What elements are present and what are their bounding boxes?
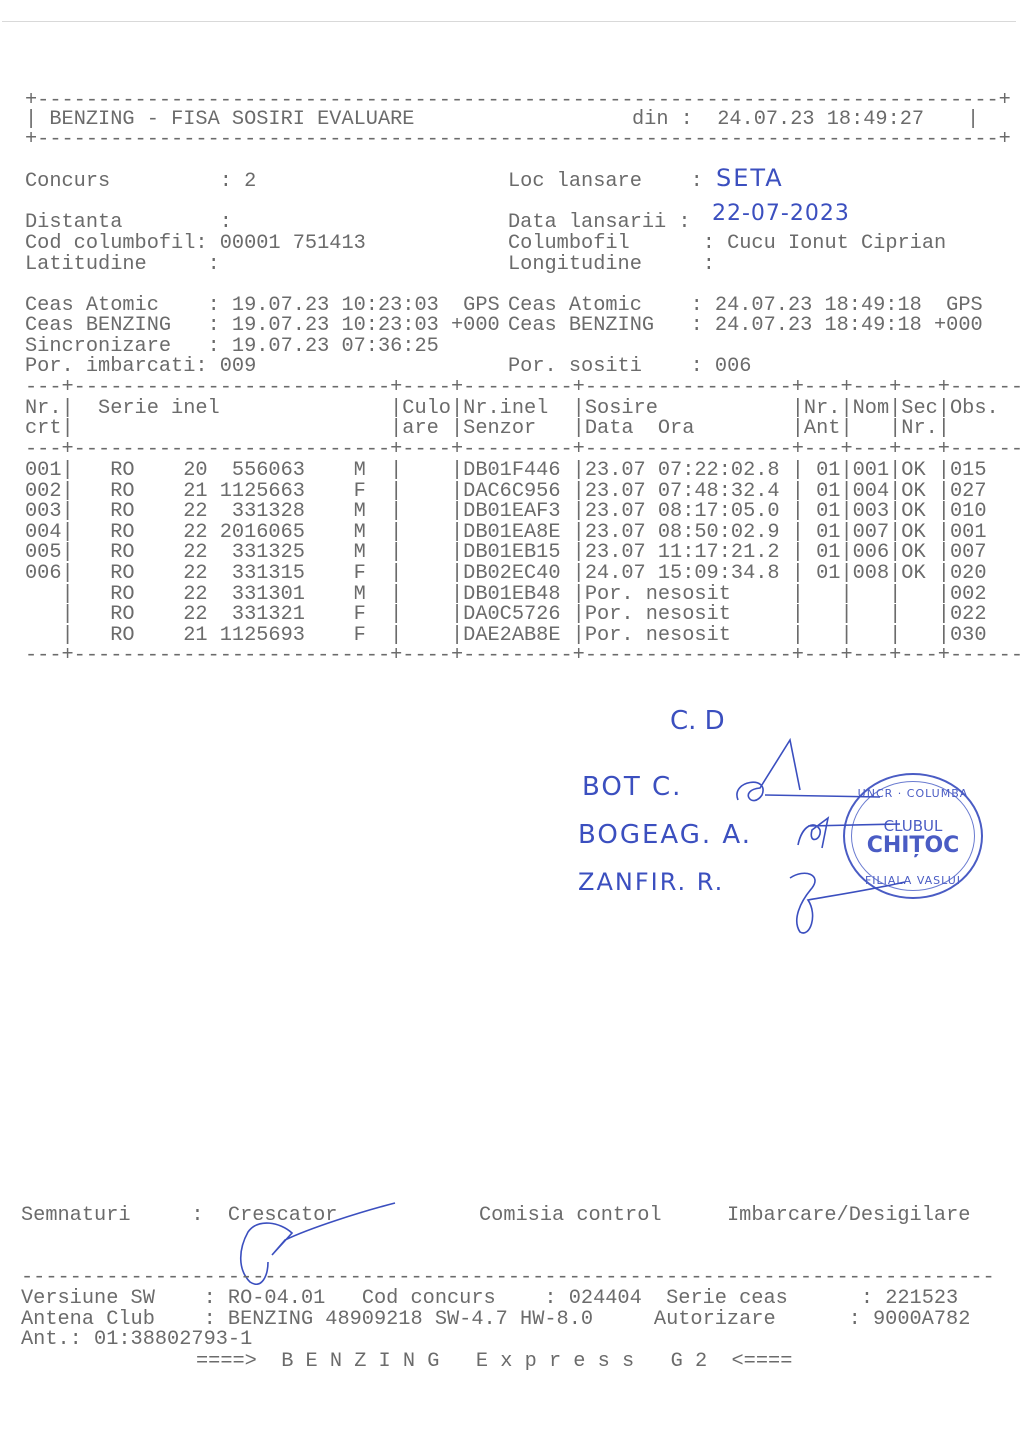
por-imbarcati-value: 009 [220,355,257,378]
field-latitudine: Latitudine : [25,255,232,276]
footer-divider: ----------------------------------------… [21,1268,995,1289]
table-row: 005| RO 22 331325 M | |DB01EB15 |23.07 1… [25,543,987,564]
comisia-control-label: Comisia control [479,1206,662,1227]
cod-columbofil-value: 00001 751413 [220,232,366,255]
table-row: | RO 22 331301 M | |DB01EB48 |Por. nesos… [25,585,987,606]
club-stamp: UNCR · COLUMBA CLUBUL CHIȚOC FILIALA VAS… [843,773,983,899]
imbarcare-label: Imbarcare/Desigilare [727,1206,970,1227]
field-longitudine: Longitudine : [508,255,727,276]
title-border-bottom: +---------------------------------------… [25,130,1011,151]
concurs-value: 2 [244,170,256,193]
por-sositi: Por. sositi : 006 [508,357,751,378]
field-distanta: Distanta : [25,213,244,234]
stamp-top-text: UNCR · COLUMBA [845,787,981,800]
table-border-mid: ---+--------------------------+----+----… [25,440,1024,461]
field-loc-lansare-label: Loc lansare : [508,172,703,193]
clock-left-benzing: Ceas BENZING : 19.07.23 10:23:03 +000 [25,316,500,337]
table-border-bottom: ---+--------------------------+----+----… [25,646,1024,667]
autorizare-value: 9000A782 [873,1308,970,1331]
table-row: | RO 22 331321 F | |DA0C5726 |Por. nesos… [25,605,987,626]
field-data-lansarii-label: Data lansarii : [508,213,691,234]
loc-lansare-handwritten: SETA [716,164,784,192]
por-sositi-value: 006 [715,355,752,378]
commission-member-1: BOT C. [582,772,682,802]
table-row: 002| RO 21 1125663 F | |DAC6C956 |23.07 … [25,482,987,503]
columbofil-value: Cucu Ionut Ciprian [727,232,946,255]
commission-member-2: BOGEAG. A. [578,820,752,850]
table-row: 003| RO 22 331328 M | |DB01EAF3 |23.07 0… [25,502,987,523]
table-border-top: ---+--------------------------+----+----… [25,378,1024,399]
footer-versiune-row: Versiune SW : RO-04.01 Cod concurs : 024… [21,1289,958,1310]
page-edge-line [2,21,1016,22]
commission-heading: C. D [670,706,725,736]
field-cod-columbofil: Cod columbofil: 00001 751413 [25,234,366,255]
field-concurs: Concurs : 2 [25,172,256,193]
commission-member-3: ZANFIR. R. [578,868,724,896]
clock-right-benzing: Ceas BENZING : 24.07.23 18:49:18 +000 [508,316,983,337]
table-row: 006| RO 22 331315 F | |DB02EC40 |24.07 1… [25,564,987,585]
antena-club-value: BENZING 48909218 SW-4.7 HW-8.0 [228,1308,593,1331]
signatures-label-row: Semnaturi : Crescator [21,1206,337,1227]
footer-ant-row: Ant.: 01:38802793-1 [21,1330,252,1351]
serie-ceas-value: 221523 [885,1287,958,1310]
footer-banner: ====> B E N Z I N G E x p r e s s G 2 <=… [196,1352,792,1373]
data-lansarii-handwritten: 22-07-2023 [712,201,850,226]
stamp-line-2: CHIȚOC [845,833,981,858]
cod-concurs-value: 024404 [569,1287,642,1310]
versiune-sw-value: RO-04.01 [228,1287,325,1310]
field-columbofil: Columbofil : Cucu Ionut Ciprian [508,234,946,255]
table-row: 001| RO 20 556063 M | |DB01F446 |23.07 0… [25,461,987,482]
crescator-label: Crescator [228,1204,338,1227]
table-header-row-2: crt| |are |Senzor |Data Ora |Ant| |Nr.| [25,419,950,440]
table-row: 004| RO 22 2016065 M | |DB01EA8E |23.07 … [25,523,987,544]
stamp-bottom-text: FILIALA VASLUI [845,874,981,887]
por-imbarcati: Por. imbarcati: 009 [25,357,256,378]
ant-value: 01:38802793-1 [94,1328,252,1351]
